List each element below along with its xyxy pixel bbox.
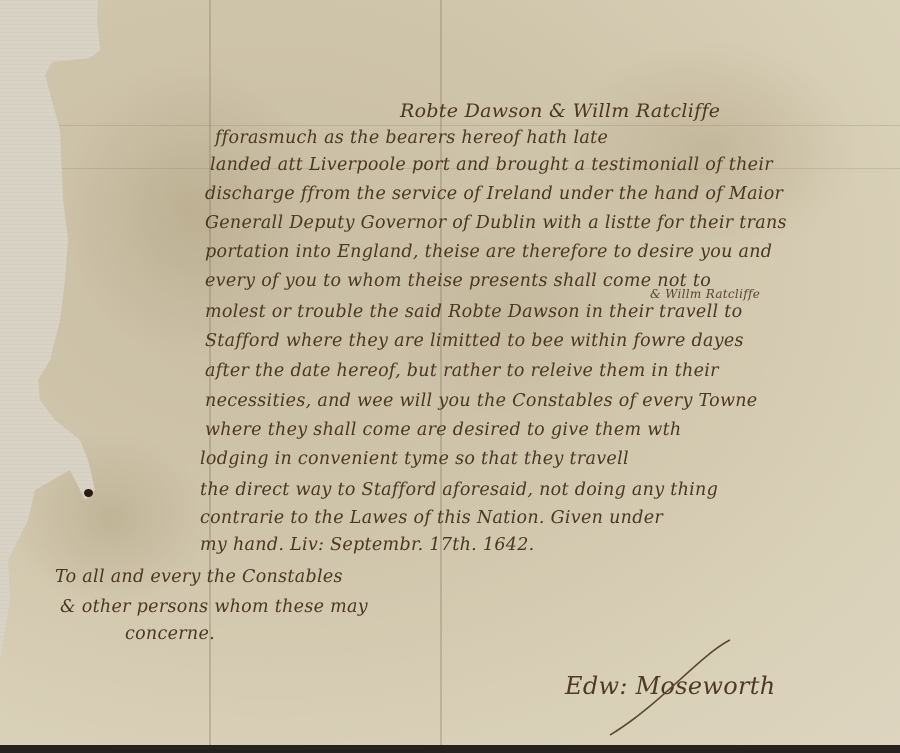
body-line: Generall Deputy Governor of Dublin with …	[205, 213, 787, 233]
interlinear-insertion: & Willm Ratcliffe	[650, 287, 760, 301]
body-line: fforasmuch as the bearers hereof hath la…	[215, 128, 608, 148]
ink-blot	[84, 489, 93, 497]
body-line: contrarie to the Lawes of this Nation. G…	[200, 508, 663, 528]
address-line: & other persons whom these may	[60, 597, 368, 617]
body-line: after the date hereof, but rather to rel…	[205, 361, 719, 381]
body-line: lodging in convenient tyme so that they …	[200, 449, 629, 469]
frame-edge	[0, 745, 900, 753]
body-line: every of you to whom theise presents sha…	[205, 271, 711, 291]
body-line-date: my hand. Liv: Septembr. 17th. 1642.	[200, 535, 535, 555]
address-line: To all and every the Constables	[55, 567, 343, 587]
body-line: where they shall come are desired to giv…	[205, 420, 681, 440]
document-header-names: Robte Dawson & Willm Ratcliffe	[400, 100, 720, 122]
body-line: the direct way to Stafford aforesaid, no…	[200, 480, 718, 500]
body-line: necessities, and wee will you the Consta…	[205, 391, 757, 411]
body-line: landed att Liverpoole port and brought a…	[210, 155, 773, 175]
address-line: concerne.	[125, 624, 215, 644]
body-line: molest or trouble the said Robte Dawson …	[205, 302, 742, 322]
body-line: discharge ffrom the service of Ireland u…	[205, 184, 783, 204]
body-line: portation into England, theise are there…	[205, 242, 772, 262]
body-line: Stafford where they are limitted to bee …	[205, 331, 744, 351]
signature-flourish	[600, 635, 740, 745]
horizontal-fold-line	[0, 125, 900, 126]
